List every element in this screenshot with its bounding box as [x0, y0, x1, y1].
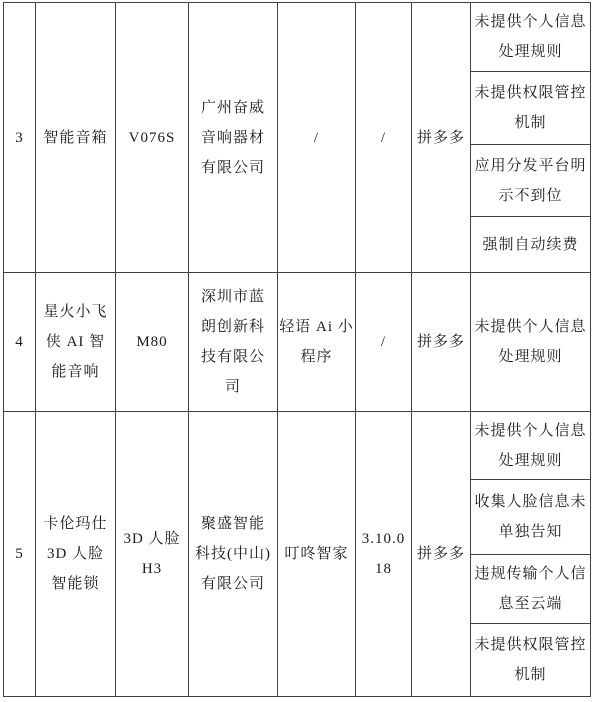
cell-app-name: / — [278, 3, 356, 273]
cell-app-name: 轻语 Ai 小 程序 — [278, 273, 356, 412]
cell-product-name: 智能音箱 — [36, 3, 116, 273]
cell-issue: 未提供个人信息 处理规则 — [471, 273, 591, 412]
table-row: 5 卡伦玛仕 3D 人脸 智能锁 3D 人脸 H3 聚盛智能 科技(中山) 有限… — [4, 412, 591, 480]
cell-row-number: 5 — [4, 412, 36, 697]
cell-model: 3D 人脸 H3 — [116, 412, 189, 697]
table-row: 4 星火小飞 侠 AI 智 能音响 M80 深圳市蓝 朗创新科 技有限公 司 轻… — [4, 273, 591, 412]
cell-model: V076S — [116, 3, 189, 273]
cell-app-name: 叮咚智家 — [278, 412, 356, 697]
cell-company: 广州奋威 音响器材 有限公司 — [189, 3, 278, 273]
cell-product-name: 卡伦玛仕 3D 人脸 智能锁 — [36, 412, 116, 697]
cell-row-number: 4 — [4, 273, 36, 412]
cell-issue: 收集人脸信息未 单独告知 — [471, 480, 591, 555]
cell-platform: 拼多多 — [412, 412, 471, 697]
cell-company: 聚盛智能 科技(中山) 有限公司 — [189, 412, 278, 697]
cell-model: M80 — [116, 273, 189, 412]
cell-platform: 拼多多 — [412, 3, 471, 273]
cell-issue: 违规传输个人信 息至云端 — [471, 555, 591, 624]
cell-issue: 未提供个人信息 处理规则 — [471, 3, 591, 72]
cell-version: 3.10.0 18 — [356, 412, 412, 697]
cell-issue: 未提供个人信息 处理规则 — [471, 412, 591, 480]
cell-issue: 未提供权限管控 机制 — [471, 624, 591, 697]
cell-issue: 强制自动续费 — [471, 217, 591, 273]
violation-table: 3 智能音箱 V076S 广州奋威 音响器材 有限公司 / / 拼多多 未提供个… — [3, 2, 591, 697]
cell-version: / — [356, 3, 412, 273]
cell-platform: 拼多多 — [412, 273, 471, 412]
cell-product-name: 星火小飞 侠 AI 智 能音响 — [36, 273, 116, 412]
table-row: 3 智能音箱 V076S 广州奋威 音响器材 有限公司 / / 拼多多 未提供个… — [4, 3, 591, 72]
cell-issue: 未提供权限管控 机制 — [471, 72, 591, 145]
document-page: 3 智能音箱 V076S 广州奋威 音响器材 有限公司 / / 拼多多 未提供个… — [0, 2, 593, 697]
cell-version: / — [356, 273, 412, 412]
cell-company: 深圳市蓝 朗创新科 技有限公 司 — [189, 273, 278, 412]
cell-row-number: 3 — [4, 3, 36, 273]
cell-issue: 应用分发平台明 示不到位 — [471, 145, 591, 217]
